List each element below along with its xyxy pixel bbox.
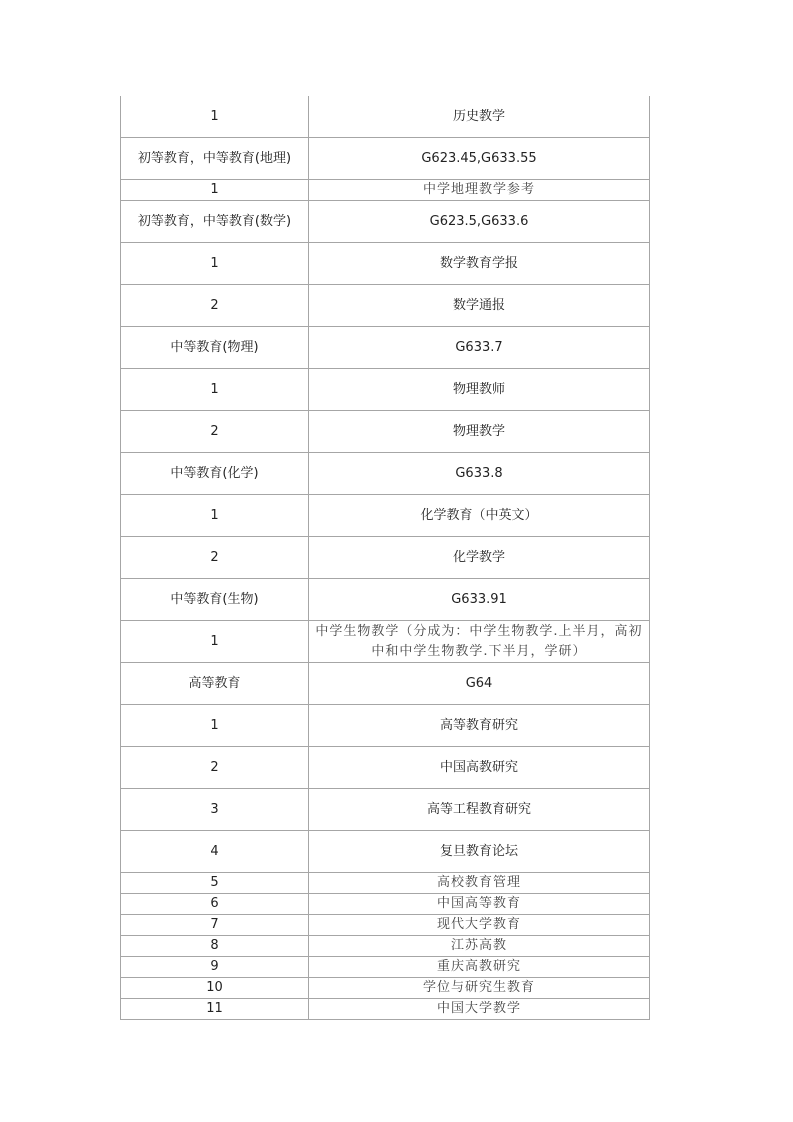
journal-cell: 中学地理教学参考 [309, 180, 650, 201]
table-row: 中等教育(生物)G633.91 [121, 579, 650, 621]
table-row: 3高等工程教育研究 [121, 789, 650, 831]
journal-cell: 中国大学教学 [309, 999, 650, 1020]
category-cell: 中等教育(生物) [121, 579, 309, 621]
category-cell: 1 [121, 621, 309, 663]
category-cell: 1 [121, 495, 309, 537]
category-cell: 1 [121, 369, 309, 411]
journal-cell: G633.8 [309, 453, 650, 495]
journal-cell: 数学教育学报 [309, 243, 650, 285]
journal-cell: G64 [309, 663, 650, 705]
journal-cell: 数学通报 [309, 285, 650, 327]
journal-cell: 复旦教育论坛 [309, 831, 650, 873]
journal-cell: G623.45,G633.55 [309, 138, 650, 180]
category-cell: 2 [121, 747, 309, 789]
journal-cell: 化学教育（中英文） [309, 495, 650, 537]
journal-table: 1历史教学初等教育，中等教育(地理)G623.45,G633.551中学地理教学… [120, 96, 650, 1020]
table-row: 初等教育，中等教育(地理)G623.45,G633.55 [121, 138, 650, 180]
category-cell: 7 [121, 915, 309, 936]
table-row: 1历史教学 [121, 96, 650, 138]
table-row: 初等教育，中等教育(数学)G623.5,G633.6 [121, 201, 650, 243]
table-row: 8江苏高教 [121, 936, 650, 957]
journal-cell: 化学教学 [309, 537, 650, 579]
category-cell: 6 [121, 894, 309, 915]
journal-cell: 历史教学 [309, 96, 650, 138]
journal-cell: G633.7 [309, 327, 650, 369]
journal-cell: G623.5,G633.6 [309, 201, 650, 243]
table-row: 高等教育G64 [121, 663, 650, 705]
category-cell: 2 [121, 411, 309, 453]
category-cell: 3 [121, 789, 309, 831]
table-row: 1中学生物教学（分成为：中学生物教学.上半月，高初中和中学生物教学.下半月，学研… [121, 621, 650, 663]
journal-cell: 中国高等教育 [309, 894, 650, 915]
category-cell: 5 [121, 873, 309, 894]
category-cell: 中等教育(物理) [121, 327, 309, 369]
table-row: 中等教育(化学)G633.8 [121, 453, 650, 495]
category-cell: 1 [121, 96, 309, 138]
journal-table-body: 1历史教学初等教育，中等教育(地理)G623.45,G633.551中学地理教学… [121, 96, 650, 1020]
journal-cell: 中国高教研究 [309, 747, 650, 789]
table-row: 2中国高教研究 [121, 747, 650, 789]
table-row: 2物理教学 [121, 411, 650, 453]
table-row: 中等教育(物理)G633.7 [121, 327, 650, 369]
journal-cell: 物理教学 [309, 411, 650, 453]
category-cell: 11 [121, 999, 309, 1020]
category-cell: 1 [121, 243, 309, 285]
journal-cell: 江苏高教 [309, 936, 650, 957]
journal-cell: 物理教师 [309, 369, 650, 411]
category-cell: 10 [121, 978, 309, 999]
journal-cell: 高等工程教育研究 [309, 789, 650, 831]
category-cell: 2 [121, 537, 309, 579]
category-cell: 初等教育，中等教育(数学) [121, 201, 309, 243]
category-cell: 4 [121, 831, 309, 873]
category-cell: 高等教育 [121, 663, 309, 705]
category-cell: 中等教育(化学) [121, 453, 309, 495]
journal-cell: 重庆高教研究 [309, 957, 650, 978]
journal-cell: G633.91 [309, 579, 650, 621]
table-row: 1高等教育研究 [121, 705, 650, 747]
category-cell: 1 [121, 705, 309, 747]
table-row: 4复旦教育论坛 [121, 831, 650, 873]
table-row: 1物理教师 [121, 369, 650, 411]
document-page: 1历史教学初等教育，中等教育(地理)G623.45,G633.551中学地理教学… [0, 0, 793, 1122]
table-row: 7现代大学教育 [121, 915, 650, 936]
journal-cell: 现代大学教育 [309, 915, 650, 936]
category-cell: 9 [121, 957, 309, 978]
table-row: 1中学地理教学参考 [121, 180, 650, 201]
journal-cell: 高校教育管理 [309, 873, 650, 894]
category-cell: 初等教育，中等教育(地理) [121, 138, 309, 180]
table-row: 2化学教学 [121, 537, 650, 579]
table-row: 1数学教育学报 [121, 243, 650, 285]
table-row: 6中国高等教育 [121, 894, 650, 915]
table-row: 2数学通报 [121, 285, 650, 327]
table-row: 5高校教育管理 [121, 873, 650, 894]
category-cell: 1 [121, 180, 309, 201]
journal-cell: 中学生物教学（分成为：中学生物教学.上半月，高初中和中学生物教学.下半月，学研） [309, 621, 650, 663]
category-cell: 8 [121, 936, 309, 957]
table-row: 1化学教育（中英文） [121, 495, 650, 537]
table-row: 10学位与研究生教育 [121, 978, 650, 999]
category-cell: 2 [121, 285, 309, 327]
journal-cell: 高等教育研究 [309, 705, 650, 747]
table-row: 9重庆高教研究 [121, 957, 650, 978]
table-row: 11中国大学教学 [121, 999, 650, 1020]
journal-cell: 学位与研究生教育 [309, 978, 650, 999]
